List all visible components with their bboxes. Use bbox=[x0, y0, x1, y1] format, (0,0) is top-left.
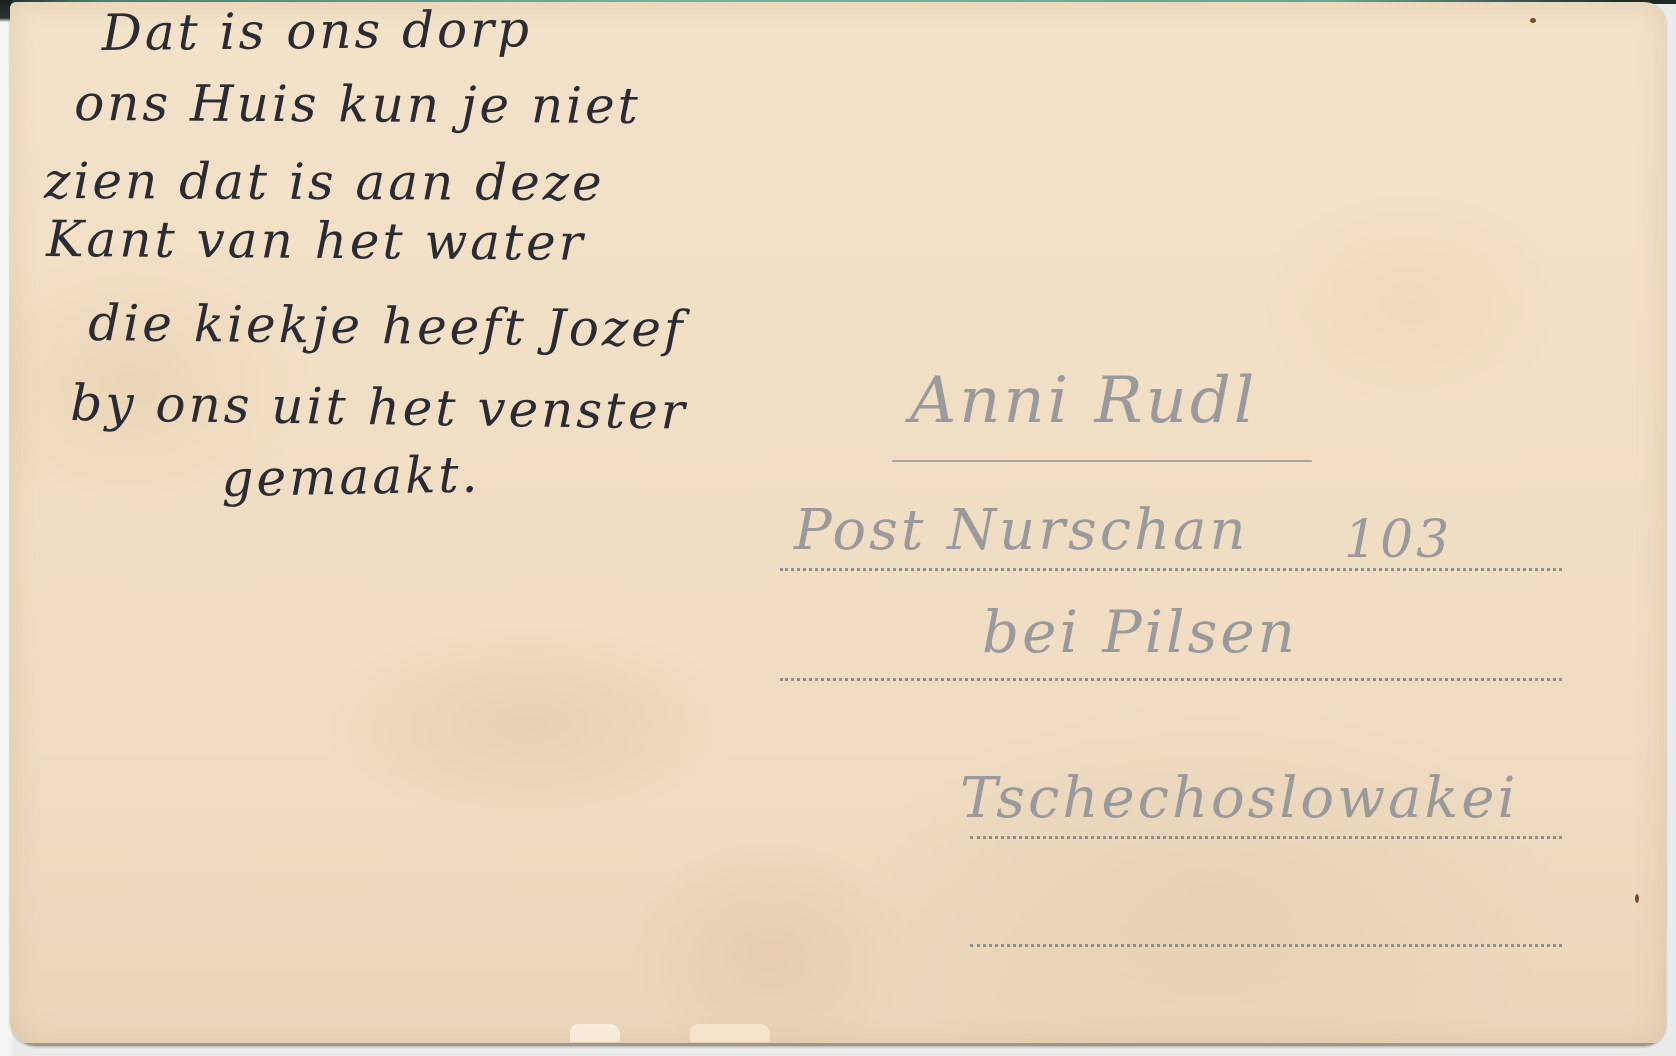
message-line-3: zien dat is aan deze bbox=[44, 152, 605, 212]
paper-wear bbox=[690, 1024, 770, 1042]
address-house-number: 103 bbox=[1344, 510, 1452, 570]
message-line-7: gemaakt. bbox=[221, 445, 481, 508]
paper-wear bbox=[570, 1024, 620, 1042]
address-rule-2 bbox=[780, 678, 1562, 681]
address-country: Tschechoslowakei bbox=[960, 766, 1518, 831]
message-line-2: ons Huis kun je niet bbox=[74, 74, 641, 135]
recipient-name: Anni Rudl bbox=[910, 364, 1257, 438]
message-line-5: die kiekje heeft Jozef bbox=[88, 294, 686, 358]
postcard: Dat is ons dorp ons Huis kun je niet zie… bbox=[10, 2, 1666, 1046]
name-underline bbox=[892, 460, 1312, 462]
stain-spot bbox=[1635, 894, 1639, 903]
address-rule-1 bbox=[780, 568, 1562, 571]
stain-spot bbox=[1530, 18, 1536, 23]
address-rule-3 bbox=[970, 836, 1562, 839]
address-line-2: bei Pilsen bbox=[982, 598, 1298, 666]
message-line-6: by ons uit het venster bbox=[70, 374, 688, 441]
address-line-1: Post Nurschan bbox=[794, 498, 1249, 563]
message-line-1: Dat is ons dorp bbox=[101, 2, 532, 62]
address-rule-4 bbox=[970, 944, 1562, 947]
message-line-4: Kant van het water bbox=[46, 210, 586, 272]
